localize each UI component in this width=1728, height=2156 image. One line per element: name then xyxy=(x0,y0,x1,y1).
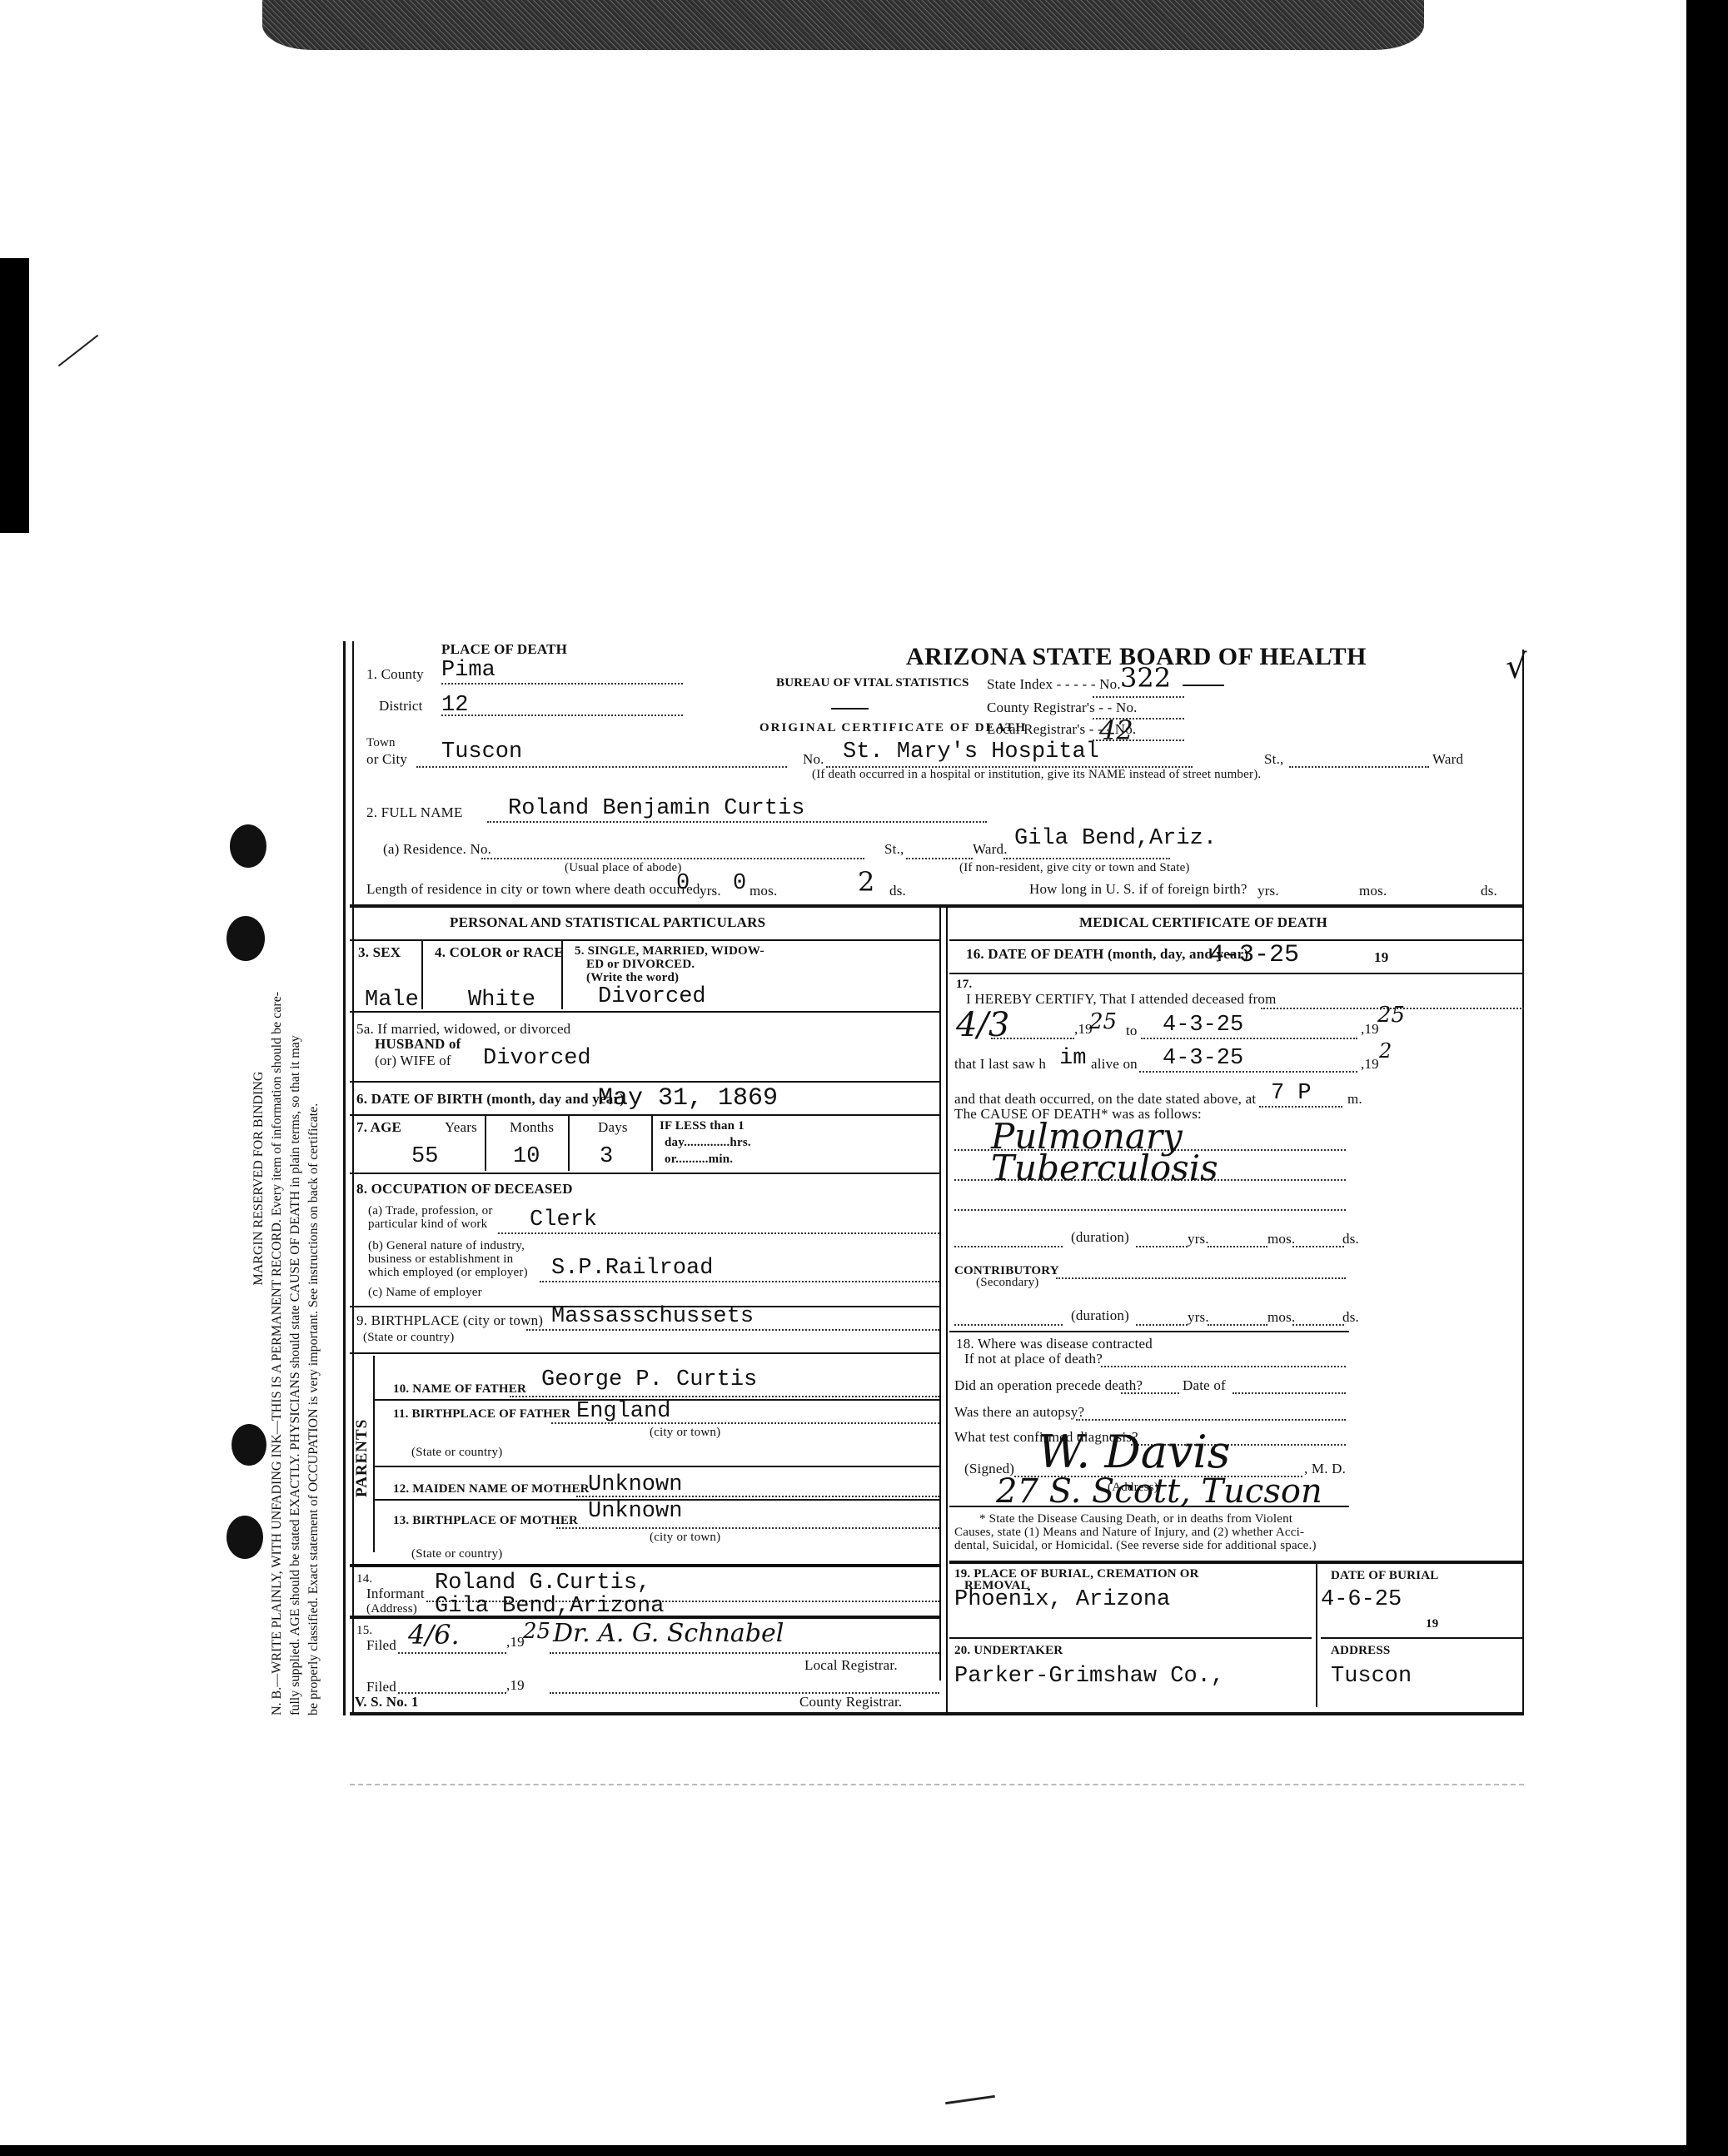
divider xyxy=(949,973,1524,974)
less-than-day-label: IF LESS than 1 xyxy=(660,1119,744,1133)
divider xyxy=(1321,1637,1524,1639)
binding-margin-instructions: MARGIN RESERVED FOR BINDING N. B.—WRITE … xyxy=(250,641,323,1715)
field-line xyxy=(954,1246,1063,1247)
field-line xyxy=(954,1324,1063,1326)
certify-label: I HEREBY CERTIFY, That I attended deceas… xyxy=(966,991,1277,1008)
field-line xyxy=(481,858,864,859)
st-label: St., xyxy=(1264,751,1283,768)
field-line xyxy=(954,1209,1346,1211)
industry-value: S.P.Railroad xyxy=(551,1256,713,1281)
field-line xyxy=(498,1232,939,1234)
city-or-town-label: (city or town) xyxy=(650,1531,720,1545)
field-line xyxy=(1259,1106,1342,1108)
cell-divider xyxy=(485,1116,486,1171)
age-days-value: 3 xyxy=(600,1144,613,1169)
form-number: V. S. No. 1 xyxy=(355,1694,419,1710)
year-19-label: 19 xyxy=(1374,949,1388,966)
scan-noise-line xyxy=(350,1784,1524,1785)
industry-label: business or establishment in xyxy=(368,1252,513,1267)
field-line xyxy=(556,1527,939,1529)
death-time-label: and that death occurred, on the date sta… xyxy=(954,1091,1256,1108)
yrs-label: yrs. xyxy=(1188,1309,1209,1326)
margin-line: N. B.—WRITE PLAINLY, WITH UNFADING INK—T… xyxy=(268,641,286,1715)
filed-date-value: 4/6. xyxy=(408,1619,460,1651)
attended-from-year: 25 xyxy=(1089,1009,1117,1034)
residence-value: Gila Bend,Ariz. xyxy=(1014,826,1217,851)
divider xyxy=(949,1637,1312,1639)
father-birthplace-label: 11. BIRTHPLACE OF FATHER xyxy=(393,1407,570,1422)
mos-label: mos. xyxy=(1267,1231,1295,1247)
divider xyxy=(350,1564,939,1567)
cell-divider xyxy=(1316,1564,1317,1707)
county-label: 1. County xyxy=(366,666,424,683)
death-time-value: 7 P xyxy=(1271,1081,1312,1106)
undertaker-address-label: ADDRESS xyxy=(1331,1644,1390,1658)
dob-value: May 31, 1869 xyxy=(598,1084,778,1113)
divider xyxy=(949,1506,1349,1507)
operation-date-label: Date of xyxy=(1183,1377,1226,1394)
hours-label: day..............hrs. xyxy=(665,1136,751,1150)
yrs-label: yrs. xyxy=(1257,883,1279,899)
form-left-border xyxy=(343,641,354,1715)
field-line xyxy=(398,1652,506,1654)
physician-address-label: (Address) xyxy=(1108,1481,1158,1495)
residence-length-label: Length of residence in city or town wher… xyxy=(366,881,700,898)
year-prefix-label: ,19 xyxy=(1361,1056,1379,1073)
industry-label: which employed (or employer) xyxy=(368,1266,528,1280)
state-index-label: State Index - - - - - No. xyxy=(987,676,1121,693)
full-name-value: Roland Benjamin Curtis xyxy=(508,796,804,821)
margin-line: be properly classified. Exact statement … xyxy=(305,641,323,1715)
spouse-label: (or) WIFE of xyxy=(375,1053,451,1069)
undertaker-label: 20. UNDERTAKER xyxy=(954,1644,1063,1658)
undertaker-value: Parker-Grimshaw Co., xyxy=(954,1664,1224,1689)
residence-years: 0 xyxy=(676,871,690,896)
residence-st-label: St., xyxy=(884,841,904,858)
yrs-label: yrs. xyxy=(700,883,721,899)
trade-label: particular kind of work xyxy=(368,1217,487,1232)
mos-label: mos. xyxy=(1267,1309,1295,1326)
burial-date-value: 4-6-25 xyxy=(1321,1587,1402,1612)
year-19-label: 19 xyxy=(1426,1617,1438,1631)
field-line xyxy=(1292,1324,1344,1326)
field-line xyxy=(991,1038,1074,1039)
cell-divider xyxy=(421,941,423,1009)
divider xyxy=(949,1331,1349,1332)
filed-label: Filed xyxy=(366,1637,396,1654)
scan-edge-right xyxy=(1686,0,1728,2156)
town-value: Tuscon xyxy=(441,739,522,764)
mother-name-value: Unknown xyxy=(588,1472,682,1497)
ds-label: ds. xyxy=(1342,1231,1359,1247)
residence-days: 2 xyxy=(858,866,874,898)
county-registrar-label: County Registrar's - - No. xyxy=(987,700,1138,716)
parents-divider xyxy=(373,1356,375,1552)
check-mark-icon: √ xyxy=(1506,648,1527,686)
district-value: 12 xyxy=(441,693,468,718)
medical-heading: MEDICAL CERTIFICATE OF DEATH xyxy=(1079,914,1327,931)
father-name-label: 10. NAME OF FATHER xyxy=(393,1382,526,1397)
marital-label: 5. SINGLE, MARRIED, WIDOW- xyxy=(575,944,764,958)
burial-date-label: DATE OF BURIAL xyxy=(1331,1569,1438,1583)
field-line xyxy=(1056,1277,1346,1279)
minutes-label: or..........min. xyxy=(665,1153,733,1167)
column-divider xyxy=(946,908,948,1714)
cell-divider xyxy=(651,1116,653,1171)
abode-note: (Usual place of abode) xyxy=(565,861,682,875)
last-saw-pronoun: im xyxy=(1059,1046,1086,1071)
county-registrar-label: County Registrar. xyxy=(799,1694,902,1710)
filing-number: 15. xyxy=(356,1624,372,1638)
birthplace-state-label: (State or country) xyxy=(363,1331,454,1345)
margin-line: fully supplied. AGE should be stated EXA… xyxy=(286,641,305,1715)
duration-label: (duration) xyxy=(1071,1229,1129,1246)
race-label: 4. COLOR or RACE xyxy=(435,944,564,961)
spouse-label: HUSBAND of xyxy=(375,1036,461,1053)
divider xyxy=(350,1173,939,1174)
attended-to-year: 25 xyxy=(1377,1003,1405,1028)
field-line xyxy=(1076,1419,1346,1421)
mother-birthplace-label: 13. BIRTHPLACE OF MOTHER xyxy=(393,1514,578,1528)
filed-year-value: 25 xyxy=(523,1619,550,1644)
county-filed-label: Filed xyxy=(366,1679,396,1695)
ds-label: ds. xyxy=(1342,1309,1359,1326)
field-line xyxy=(540,1281,939,1282)
scan-edge-bottom xyxy=(0,2145,1728,2156)
divider xyxy=(350,1081,939,1083)
foreign-birth-label: How long in U. S. if of foreign birth? xyxy=(1029,881,1247,898)
field-line xyxy=(1139,1071,1357,1073)
city-or-town-label: (city or town) xyxy=(650,1426,720,1440)
field-line xyxy=(1292,1246,1344,1247)
field-line xyxy=(1093,696,1184,698)
spouse-value: Divorced xyxy=(483,1046,591,1071)
town-label: Town xyxy=(366,736,396,750)
ds-label: ds. xyxy=(889,883,906,899)
pen-stroke xyxy=(1183,685,1224,686)
field-line xyxy=(906,858,973,859)
bureau-heading: BUREAU OF VITAL STATISTICS xyxy=(776,676,969,690)
informant-name-value: Roland G.Curtis, xyxy=(435,1571,650,1596)
field-line xyxy=(1289,766,1429,768)
divider xyxy=(831,708,869,710)
m-label: m. xyxy=(1347,1091,1362,1108)
field-line xyxy=(1208,1324,1267,1326)
marital-status-value: Divorced xyxy=(598,984,706,1009)
divider xyxy=(350,939,939,941)
informant-number: 14. xyxy=(356,1572,372,1586)
local-registrar-value: 42 xyxy=(1099,715,1133,746)
attended-to-value: 4-3-25 xyxy=(1163,1013,1243,1038)
date-of-death-value: 4-3-25 xyxy=(1209,941,1299,969)
divider xyxy=(350,1011,939,1013)
operation-label: Did an operation precede death? xyxy=(954,1377,1143,1394)
margin-heading: MARGIN RESERVED FOR BINDING xyxy=(250,641,268,1715)
field-line xyxy=(416,766,787,768)
last-saw-year: 2 xyxy=(1379,1039,1392,1063)
residence-label: (a) Residence. No. xyxy=(383,841,491,858)
yrs-label: yrs. xyxy=(1188,1231,1209,1247)
field-line xyxy=(441,715,683,716)
sex-label: 3. SEX xyxy=(358,944,401,961)
trade-label: (a) Trade, profession, or xyxy=(368,1204,493,1218)
mos-label: mos. xyxy=(1359,883,1387,899)
mos-label: mos. xyxy=(749,883,777,899)
year-prefix-label: ,19 xyxy=(506,1634,525,1651)
stray-mark xyxy=(945,2095,995,2104)
field-line xyxy=(1141,1038,1357,1039)
last-saw-date: 4-3-25 xyxy=(1163,1046,1243,1071)
scan-edge-left xyxy=(0,258,29,533)
physician-signature: W. Davis xyxy=(1038,1426,1230,1478)
undertaker-address-value: Tuscon xyxy=(1331,1664,1412,1689)
divider xyxy=(375,1466,939,1467)
occupation-label: 8. OCCUPATION OF DECEASED xyxy=(356,1181,573,1198)
institution-value: St. Mary's Hospital xyxy=(843,739,1099,764)
divider xyxy=(350,1114,939,1116)
county-value: Pima xyxy=(441,658,495,683)
institution-no-label: No. xyxy=(803,751,824,768)
parents-section-label: PARENTS xyxy=(353,1419,371,1497)
item-17-number: 17. xyxy=(956,978,972,992)
cause-line-2: Tuberculosis xyxy=(991,1148,1218,1188)
months-label: Months xyxy=(510,1119,554,1136)
field-line xyxy=(487,821,987,823)
last-saw-label: that I last saw h xyxy=(954,1056,1046,1073)
year-prefix-label: ,19 xyxy=(506,1677,525,1694)
where-contracted-label: If not at place of death? xyxy=(964,1351,1103,1367)
mother-name-label: 12. MAIDEN NAME OF MOTHER xyxy=(393,1482,590,1496)
footnote: Causes, state (1) Means and Nature of In… xyxy=(954,1526,1304,1540)
mother-birthplace-value: Unknown xyxy=(588,1499,682,1524)
form-right-border xyxy=(1522,650,1524,1714)
to-label: to xyxy=(1126,1023,1138,1039)
marital-label: (Write the word) xyxy=(586,971,679,985)
ward-label: Ward xyxy=(1432,751,1463,768)
marital-label: ED or DIVORCED. xyxy=(586,958,695,972)
field-line xyxy=(510,1396,939,1397)
city-label: or City xyxy=(366,751,407,768)
where-contracted-label: 18. Where was disease contracted xyxy=(956,1336,1153,1352)
state-or-country-label: (State or country) xyxy=(411,1547,502,1561)
district-label: District xyxy=(379,698,423,715)
institution-note: (If death occurred in a hospital or inst… xyxy=(812,768,1261,782)
cell-divider xyxy=(561,941,563,1009)
dob-label: 6. DATE OF BIRTH (month, day and year) xyxy=(356,1091,625,1108)
industry-label: (b) General nature of industry, xyxy=(368,1239,525,1253)
informant-address-label: (Address) xyxy=(366,1602,417,1616)
birthplace-value: Massasschussets xyxy=(551,1304,754,1329)
age-years-value: 55 xyxy=(411,1144,438,1169)
local-registrar-signature: Dr. A. G. Schnabel xyxy=(553,1619,784,1648)
sex-value: Male xyxy=(365,988,419,1013)
secondary-label: (Secondary) xyxy=(976,1276,1039,1290)
informant-label: Informant xyxy=(366,1586,425,1602)
field-line xyxy=(1136,1246,1188,1247)
date-of-death-label: 16. DATE OF DEATH (month, day, and year) xyxy=(966,946,1248,963)
cell-divider xyxy=(568,1116,570,1171)
nonresident-note: (If non-resident, give city or town and … xyxy=(959,861,1190,875)
column-divider xyxy=(939,908,941,1680)
local-registrar-label: Local Registrar. xyxy=(804,1657,898,1674)
field-line xyxy=(1101,1366,1346,1367)
scan-smudge xyxy=(262,0,1424,50)
field-line xyxy=(1233,1392,1346,1394)
trade-value: Clerk xyxy=(530,1207,597,1232)
race-value: White xyxy=(468,988,535,1013)
years-label: Years xyxy=(445,1119,477,1136)
residence-ward-label: Ward. xyxy=(973,841,1008,858)
field-line xyxy=(1121,1392,1179,1394)
ds-label: ds. xyxy=(1481,883,1497,899)
field-line xyxy=(550,1652,939,1654)
birthplace-label: 9. BIRTHPLACE (city or town) xyxy=(356,1312,543,1329)
full-name-label: 2. FULL NAME xyxy=(366,804,463,821)
personal-heading: PERSONAL AND STATISTICAL PARTICULARS xyxy=(450,914,765,931)
field-line xyxy=(526,1329,939,1331)
residence-months: 0 xyxy=(733,871,746,896)
state-or-country-label: (State or country) xyxy=(411,1446,502,1460)
form-bottom-border xyxy=(350,1712,1524,1715)
field-line xyxy=(1003,858,1170,859)
footnote: dental, Suicidal, or Homicidal. (See rev… xyxy=(954,1539,1317,1553)
state-index-value: 322 xyxy=(1120,662,1171,694)
section-divider xyxy=(350,904,1524,908)
divider xyxy=(350,1352,939,1354)
alive-on-label: alive on xyxy=(1091,1056,1138,1073)
place-of-death-heading: PLACE OF DEATH xyxy=(441,641,567,658)
autopsy-label: Was there an autopsy? xyxy=(954,1404,1084,1421)
employer-label: (c) Name of employer xyxy=(368,1286,482,1300)
spouse-label: 5a. If married, widowed, or divorced xyxy=(356,1021,570,1038)
father-birthplace-value: England xyxy=(576,1399,670,1424)
duration-label: (duration) xyxy=(1071,1307,1129,1324)
field-line xyxy=(1136,1324,1188,1326)
footnote: * State the Disease Causing Death, or in… xyxy=(979,1512,1292,1526)
age-months-value: 10 xyxy=(513,1144,540,1169)
divider xyxy=(949,1561,1524,1564)
burial-place-value: Phoenix, Arizona xyxy=(954,1587,1170,1612)
father-name-value: George P. Curtis xyxy=(541,1367,757,1392)
year-prefix-label: ,19 xyxy=(1361,1021,1379,1038)
days-label: Days xyxy=(598,1119,628,1136)
field-line xyxy=(1208,1246,1267,1247)
field-line xyxy=(441,683,683,685)
age-label: 7. AGE xyxy=(356,1119,401,1136)
stray-mark xyxy=(58,335,99,367)
